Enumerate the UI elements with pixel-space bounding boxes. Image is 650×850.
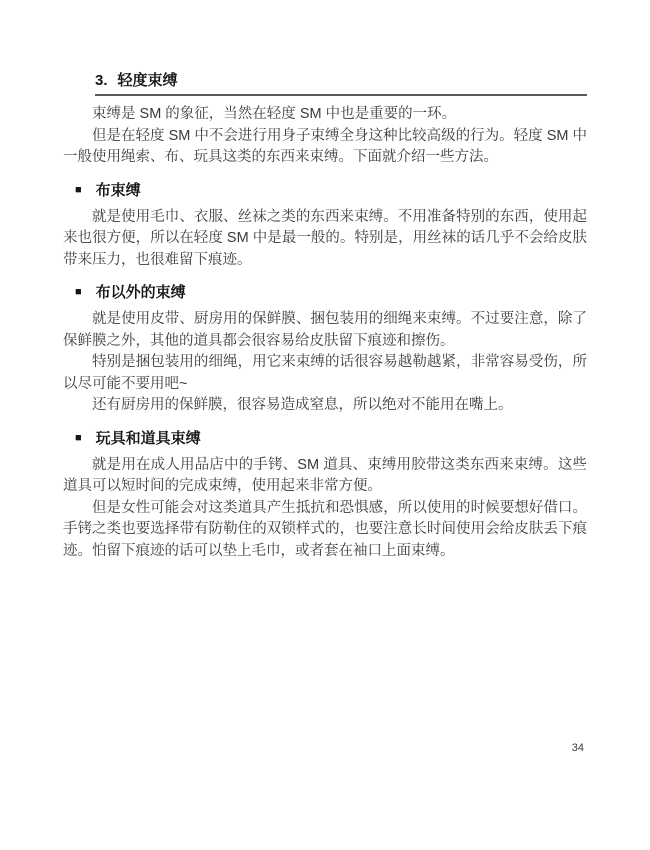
- page-number: 34: [572, 742, 584, 754]
- heading-number: 3.: [95, 72, 108, 89]
- section-paragraph: 特别是捆包装用的细绳，用它来束缚的话很容易越勒越紧，非常容易受伤，所以尽可能不要…: [63, 352, 587, 395]
- section-paragraph: 还有厨房用的保鲜膜，很容易造成窒息，所以绝对不能用在嘴上。: [63, 395, 587, 417]
- document-page: 3.轻度束缚 束缚是 SM 的象征，当然在轻度 SM 中也是重要的一环。 但是在…: [0, 0, 650, 850]
- square-bullet-icon: ■: [75, 181, 82, 199]
- section-paragraph: 就是用在成人用品店中的手铐、SM 道具、束缚用胶带这类东西来束缚。这些道具可以短…: [63, 455, 587, 498]
- section-paragraph: 就是使用皮带、厨房用的保鲜膜、捆包装用的细绳来束缚。不过要注意，除了保鲜膜之外，…: [63, 309, 587, 352]
- intro-paragraph: 束缚是 SM 的象征，当然在轻度 SM 中也是重要的一环。: [63, 104, 587, 126]
- page-title: 3.轻度束缚: [95, 72, 587, 96]
- square-bullet-icon: ■: [75, 283, 82, 301]
- section-paragraph: 但是女性可能会对这类道具产生抵抗和恐惧感，所以使用的时候要想好借口。手铐之类也要…: [63, 498, 587, 563]
- heading-title-text: 轻度束缚: [118, 72, 178, 89]
- subsection-heading-cloth: ■ 布束缚: [75, 182, 587, 200]
- subsection-title-text: 布以外的束缚: [96, 284, 186, 302]
- subsection-heading-toys-props: ■ 玩具和道具束缚: [75, 430, 587, 448]
- subsection-title-text: 玩具和道具束缚: [96, 430, 201, 448]
- subsection-title-text: 布束缚: [96, 182, 141, 200]
- subsection-heading-non-cloth: ■ 布以外的束缚: [75, 284, 587, 302]
- intro-paragraph: 但是在轻度 SM 中不会进行用身子束缚全身这种比较高级的行为。轻度 SM 中一般…: [63, 126, 587, 169]
- section-paragraph: 就是使用毛巾、衣服、丝袜之类的东西来束缚。不用准备特别的东西，使用起来也很方便，…: [63, 207, 587, 272]
- square-bullet-icon: ■: [75, 429, 82, 447]
